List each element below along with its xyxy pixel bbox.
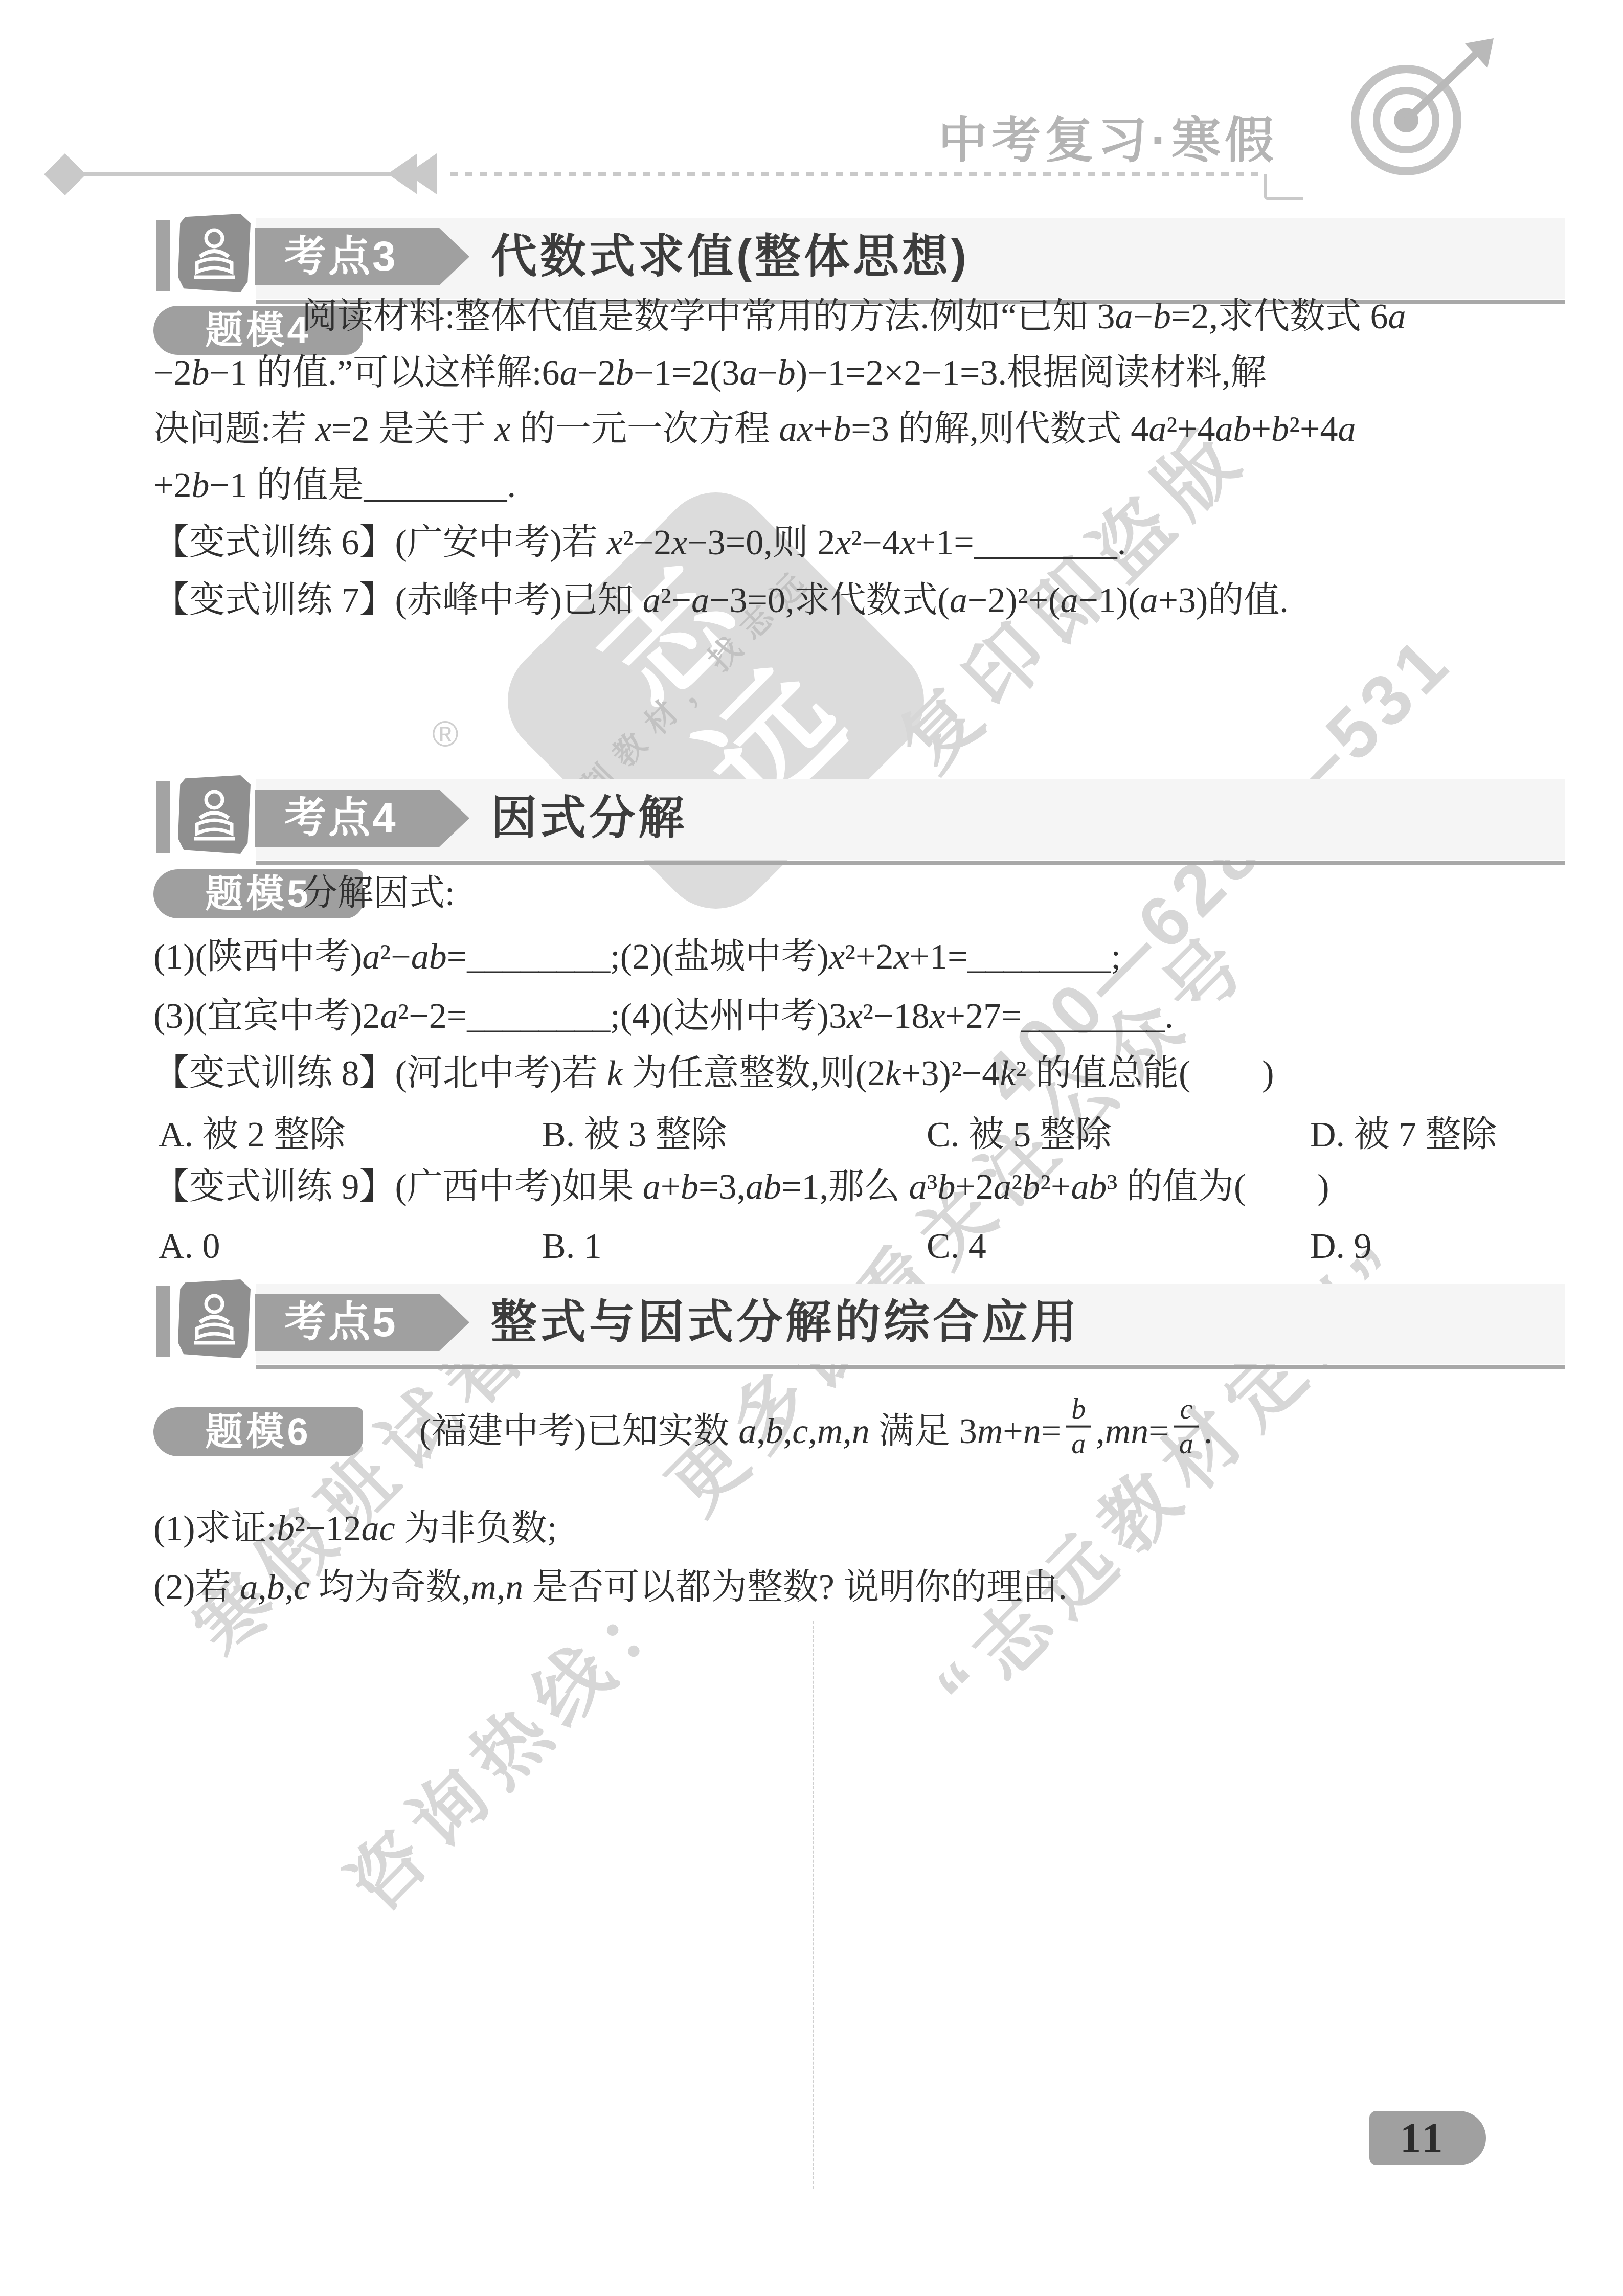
decorative-line [77, 172, 394, 176]
kaodian5-badge: 考点5 [255, 1294, 469, 1351]
kaodian3-badge: 考点3 [255, 228, 469, 285]
timo6-question2: (2)若 a,b,c 均为奇数,m,n 是否可以都为整数? 说明你的理由. [153, 1559, 1493, 1616]
reader-icon [178, 775, 251, 854]
bianshi9-line: 【变式训练 9】(广西中考)如果 a+b=3,ab=1,那么 a³b+2a²b²… [153, 1159, 1493, 1216]
bianshi9-option-d: D. 9 [1310, 1226, 1372, 1267]
section-bar [156, 1286, 170, 1357]
bianshi6-line: 【变式训练 6】(广安中考)若 x²−2x−3=0,则 2x²−4x+1=___… [153, 514, 1493, 572]
timo6-line: (福建中考)已知实数 a,b,c,m,n 满足 3m+n= b a ,mn= c… [419, 1398, 1493, 1466]
bianshi8-option-d: D. 被 7 整除 [1310, 1106, 1497, 1157]
timo6-badge: 题模6 [153, 1407, 363, 1456]
workbook-page: 志远 ® 定制教材，找志远 复印即盗版 400—6288—531 寒假班试看 咨… [0, 0, 1623, 2296]
timo5-row1: (1)(陕西中考)a²−ab=________;(2)(盐城中考)x²+2x+1… [153, 929, 1493, 986]
timo4-line3: 决问题:若 x=2 是关于 x 的一元一次方程 ax+b=3 的解,则代数式 4… [153, 401, 1493, 458]
fraction-c-over-a: c a [1174, 1393, 1199, 1461]
timo5-row2: (3)(宜宾中考)2a²−2=________;(4)(达州中考)3x²−18x… [153, 988, 1493, 1045]
fraction-b-over-a: b a [1066, 1393, 1091, 1461]
decorative-dotted-line [450, 172, 1263, 176]
timo4-line2: −2b−1 的值.”可以这样解:6a−2b−1=2(3a−b)−1=2×2−1=… [153, 345, 1493, 402]
bianshi9-option-c: C. 4 [927, 1226, 986, 1267]
page-header-title: 中考复习·寒假 [938, 101, 1278, 171]
bianshi8-line: 【变式训练 8】(河北中考)若 k 为任意整数,则(2k+3)²−4k² 的值总… [153, 1045, 1493, 1102]
section-bar [156, 220, 170, 291]
target-dart-icon [1312, 38, 1496, 187]
kaodian3-title: 代数式求值(整体思想) [491, 228, 970, 285]
center-fold-dashed-line [813, 1621, 814, 2189]
bianshi8-option-a: A. 被 2 整除 [159, 1106, 346, 1157]
timo5-intro: 分解因式: [302, 865, 1623, 922]
section-bar [156, 781, 170, 853]
bianshi8-option-c: C. 被 5 整除 [927, 1106, 1112, 1157]
reader-icon [178, 1279, 251, 1358]
bianshi8-option-b: B. 被 3 整除 [542, 1106, 727, 1157]
decorative-chevron-icon [407, 153, 437, 194]
kaodian4-title: 因式分解 [491, 790, 687, 847]
timo4-line4: +2b−1 的值是________. [153, 457, 1493, 514]
page-number: 11 [1400, 2114, 1446, 2162]
registered-trademark-icon: ® [432, 713, 459, 754]
section-rule [256, 861, 1565, 865]
timo4-line1: 阅读材料:整体代值是数学中常用的方法.例如“已知 3a−b=2,求代数式 6a [302, 288, 1493, 346]
timo6-mid: ,mn= [1096, 1403, 1169, 1460]
page-number-badge: 11 [1369, 2111, 1486, 2165]
timo6-end: . [1204, 1403, 1213, 1460]
bianshi9-option-b: B. 1 [542, 1226, 602, 1267]
bianshi9-option-a: A. 0 [159, 1226, 220, 1267]
kaodian5-title: 整式与因式分解的综合应用 [491, 1294, 1080, 1351]
reader-icon [178, 214, 251, 292]
timo6-intro: (福建中考)已知实数 a,b,c,m,n 满足 3m+n= [419, 1403, 1061, 1460]
section-rule [256, 1365, 1565, 1369]
bianshi7-line: 【变式训练 7】(赤峰中考)已知 a²−a−3=0,求代数式(a−2)²+(a−… [153, 572, 1493, 629]
decorative-hook-line [1264, 174, 1303, 200]
timo6-question1: (1)求证:b²−12ac 为非负数; [153, 1500, 1493, 1558]
kaodian4-badge: 考点4 [255, 790, 469, 847]
